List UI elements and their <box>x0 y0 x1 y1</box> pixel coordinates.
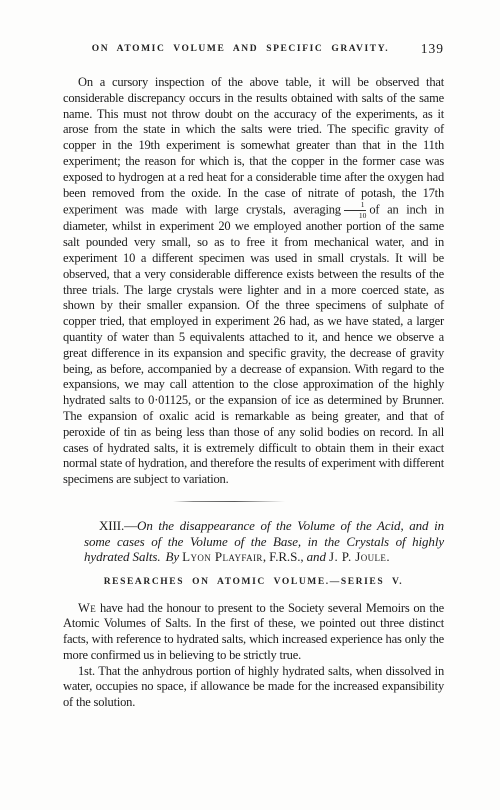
paragraph-2-lead-word: We <box>78 601 96 615</box>
byline-and-word: and <box>307 549 329 564</box>
inch-fraction: 110 <box>344 201 367 219</box>
paragraph-1-text-after-fraction: of an inch in diameter, whilst in experi… <box>63 203 444 486</box>
author-playfair: Lyon Playfair <box>182 549 263 564</box>
paragraph-1-text-before-fraction: On a cursory inspection of the above tab… <box>63 75 444 217</box>
body-paragraph-2: We have had the honour to present to the… <box>63 601 444 664</box>
body-paragraph-1: On a cursory inspection of the above tab… <box>63 75 444 488</box>
series-heading: RESEARCHES ON ATOMIC VOLUME.—SERIES V. <box>63 575 444 591</box>
paragraph-2-text: have had the honour to present to the So… <box>63 601 444 662</box>
section-divider <box>173 501 285 502</box>
paper-page: ON ATOMIC VOLUME AND SPECIFIC GRAVITY. 1… <box>0 0 500 810</box>
running-head: ON ATOMIC VOLUME AND SPECIFIC GRAVITY. 1… <box>63 44 444 58</box>
page-number: 139 <box>421 41 444 57</box>
byline-period: . <box>386 549 389 564</box>
page-body: On a cursory inspection of the above tab… <box>63 75 444 711</box>
fraction-numerator: 1 <box>344 201 367 210</box>
fraction-denominator: 10 <box>344 210 367 220</box>
running-title: ON ATOMIC VOLUME AND SPECIFIC GRAVITY. <box>63 44 444 54</box>
author-joule: J. P. Joule <box>329 549 386 564</box>
byline-by-word: By <box>166 549 180 564</box>
article-title: XIII.—On the disappearance of the Volume… <box>63 518 444 565</box>
author-playfair-honorific: , F.R.S., <box>263 549 307 564</box>
article-number: XIII.— <box>99 518 137 533</box>
body-paragraph-3: 1st. That the anhydrous portion of highl… <box>63 664 444 711</box>
